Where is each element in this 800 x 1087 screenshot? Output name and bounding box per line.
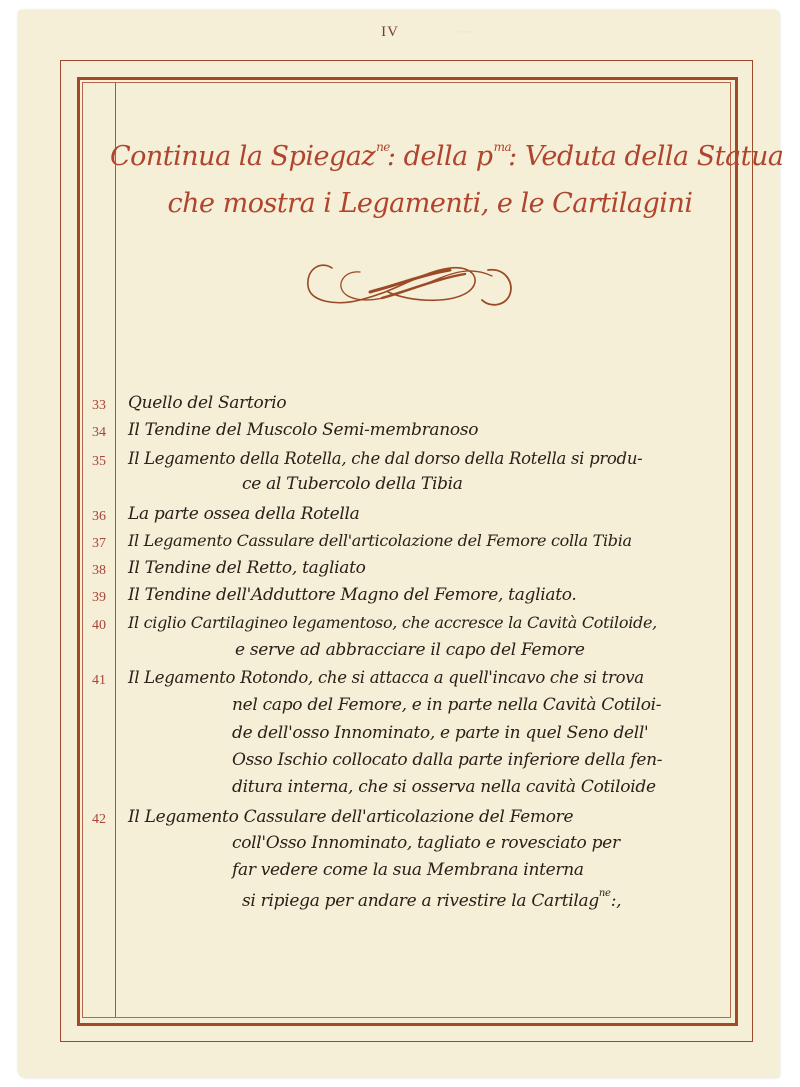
title-line-2: che mostra i Legamenti, e le Cartilagini <box>110 188 750 219</box>
page-number: IV <box>370 24 410 41</box>
entry-number: 39 <box>86 590 112 606</box>
entry-superscript: ne <box>599 888 611 899</box>
entry-text-fragment: :, <box>611 891 622 911</box>
entry-text: La parte ossea della Rotella <box>128 504 359 524</box>
entry-number: 34 <box>86 425 112 441</box>
entry-text: Il Tendine dell'Adduttore Magno del Femo… <box>128 585 577 605</box>
entry-text: Il Tendine del Retto, tagliato <box>128 558 366 578</box>
entry-text: Il Legamento della Rotella, che dal dors… <box>128 449 642 468</box>
numeral-margin-rule <box>115 83 116 1017</box>
entry-text-continued: si ripiega per andare a rivestire la Car… <box>242 888 621 911</box>
title-text: : Veduta della Statua <box>508 141 783 172</box>
entry-text-continued: de dell'osso Innominato, e parte in quel… <box>232 723 648 743</box>
title-text: : della p <box>387 141 493 172</box>
entry-number: 40 <box>86 618 112 634</box>
entry-text-continued: ditura interna, che si osserva nella cav… <box>232 777 656 797</box>
entry-text-continued: nel capo del Femore, e in parte nella Ca… <box>232 695 661 715</box>
entry-number: 35 <box>86 454 112 470</box>
entry-text-continued: e serve ad abbracciare il capo del Femor… <box>235 640 585 660</box>
entry-text: Il ciglio Cartilagineo legamentoso, che … <box>128 613 657 632</box>
entry-number: 33 <box>86 398 112 414</box>
entry-text-continued: coll'Osso Innominato, tagliato e rovesci… <box>232 833 620 853</box>
entry-text: Quello del Sartorio <box>128 393 286 413</box>
entry-text: Il Legamento Cassulare dell'articolazion… <box>128 807 573 827</box>
entry-number: 38 <box>86 563 112 579</box>
entry-number: 42 <box>86 812 112 828</box>
entry-number: 36 <box>86 509 112 525</box>
title-text: Continua la Spiegaz <box>110 141 375 172</box>
entry-text: Il Legamento Cassulare dell'articolazion… <box>128 531 632 550</box>
entry-text-continued: ce al Tubercolo della Tibia <box>242 474 463 494</box>
bleed-through-mark: ····· <box>455 26 473 38</box>
calligraphic-flourish-icon <box>300 256 520 316</box>
entry-number: 41 <box>86 673 112 689</box>
entry-text-fragment: si ripiega per andare a rivestire la Car… <box>242 891 599 911</box>
entry-number: 37 <box>86 536 112 552</box>
entry-text-continued: far vedere come la sua Membrana interna <box>232 860 584 880</box>
title-line-1: Continua la Spiegazne: della pma: Veduta… <box>110 140 750 172</box>
entry-text: Il Tendine del Muscolo Semi-membranoso <box>128 420 478 440</box>
entry-text-continued: Osso Ischio collocato dalla parte inferi… <box>232 750 662 770</box>
entry-text: Il Legamento Rotondo, che si attacca a q… <box>128 668 644 687</box>
